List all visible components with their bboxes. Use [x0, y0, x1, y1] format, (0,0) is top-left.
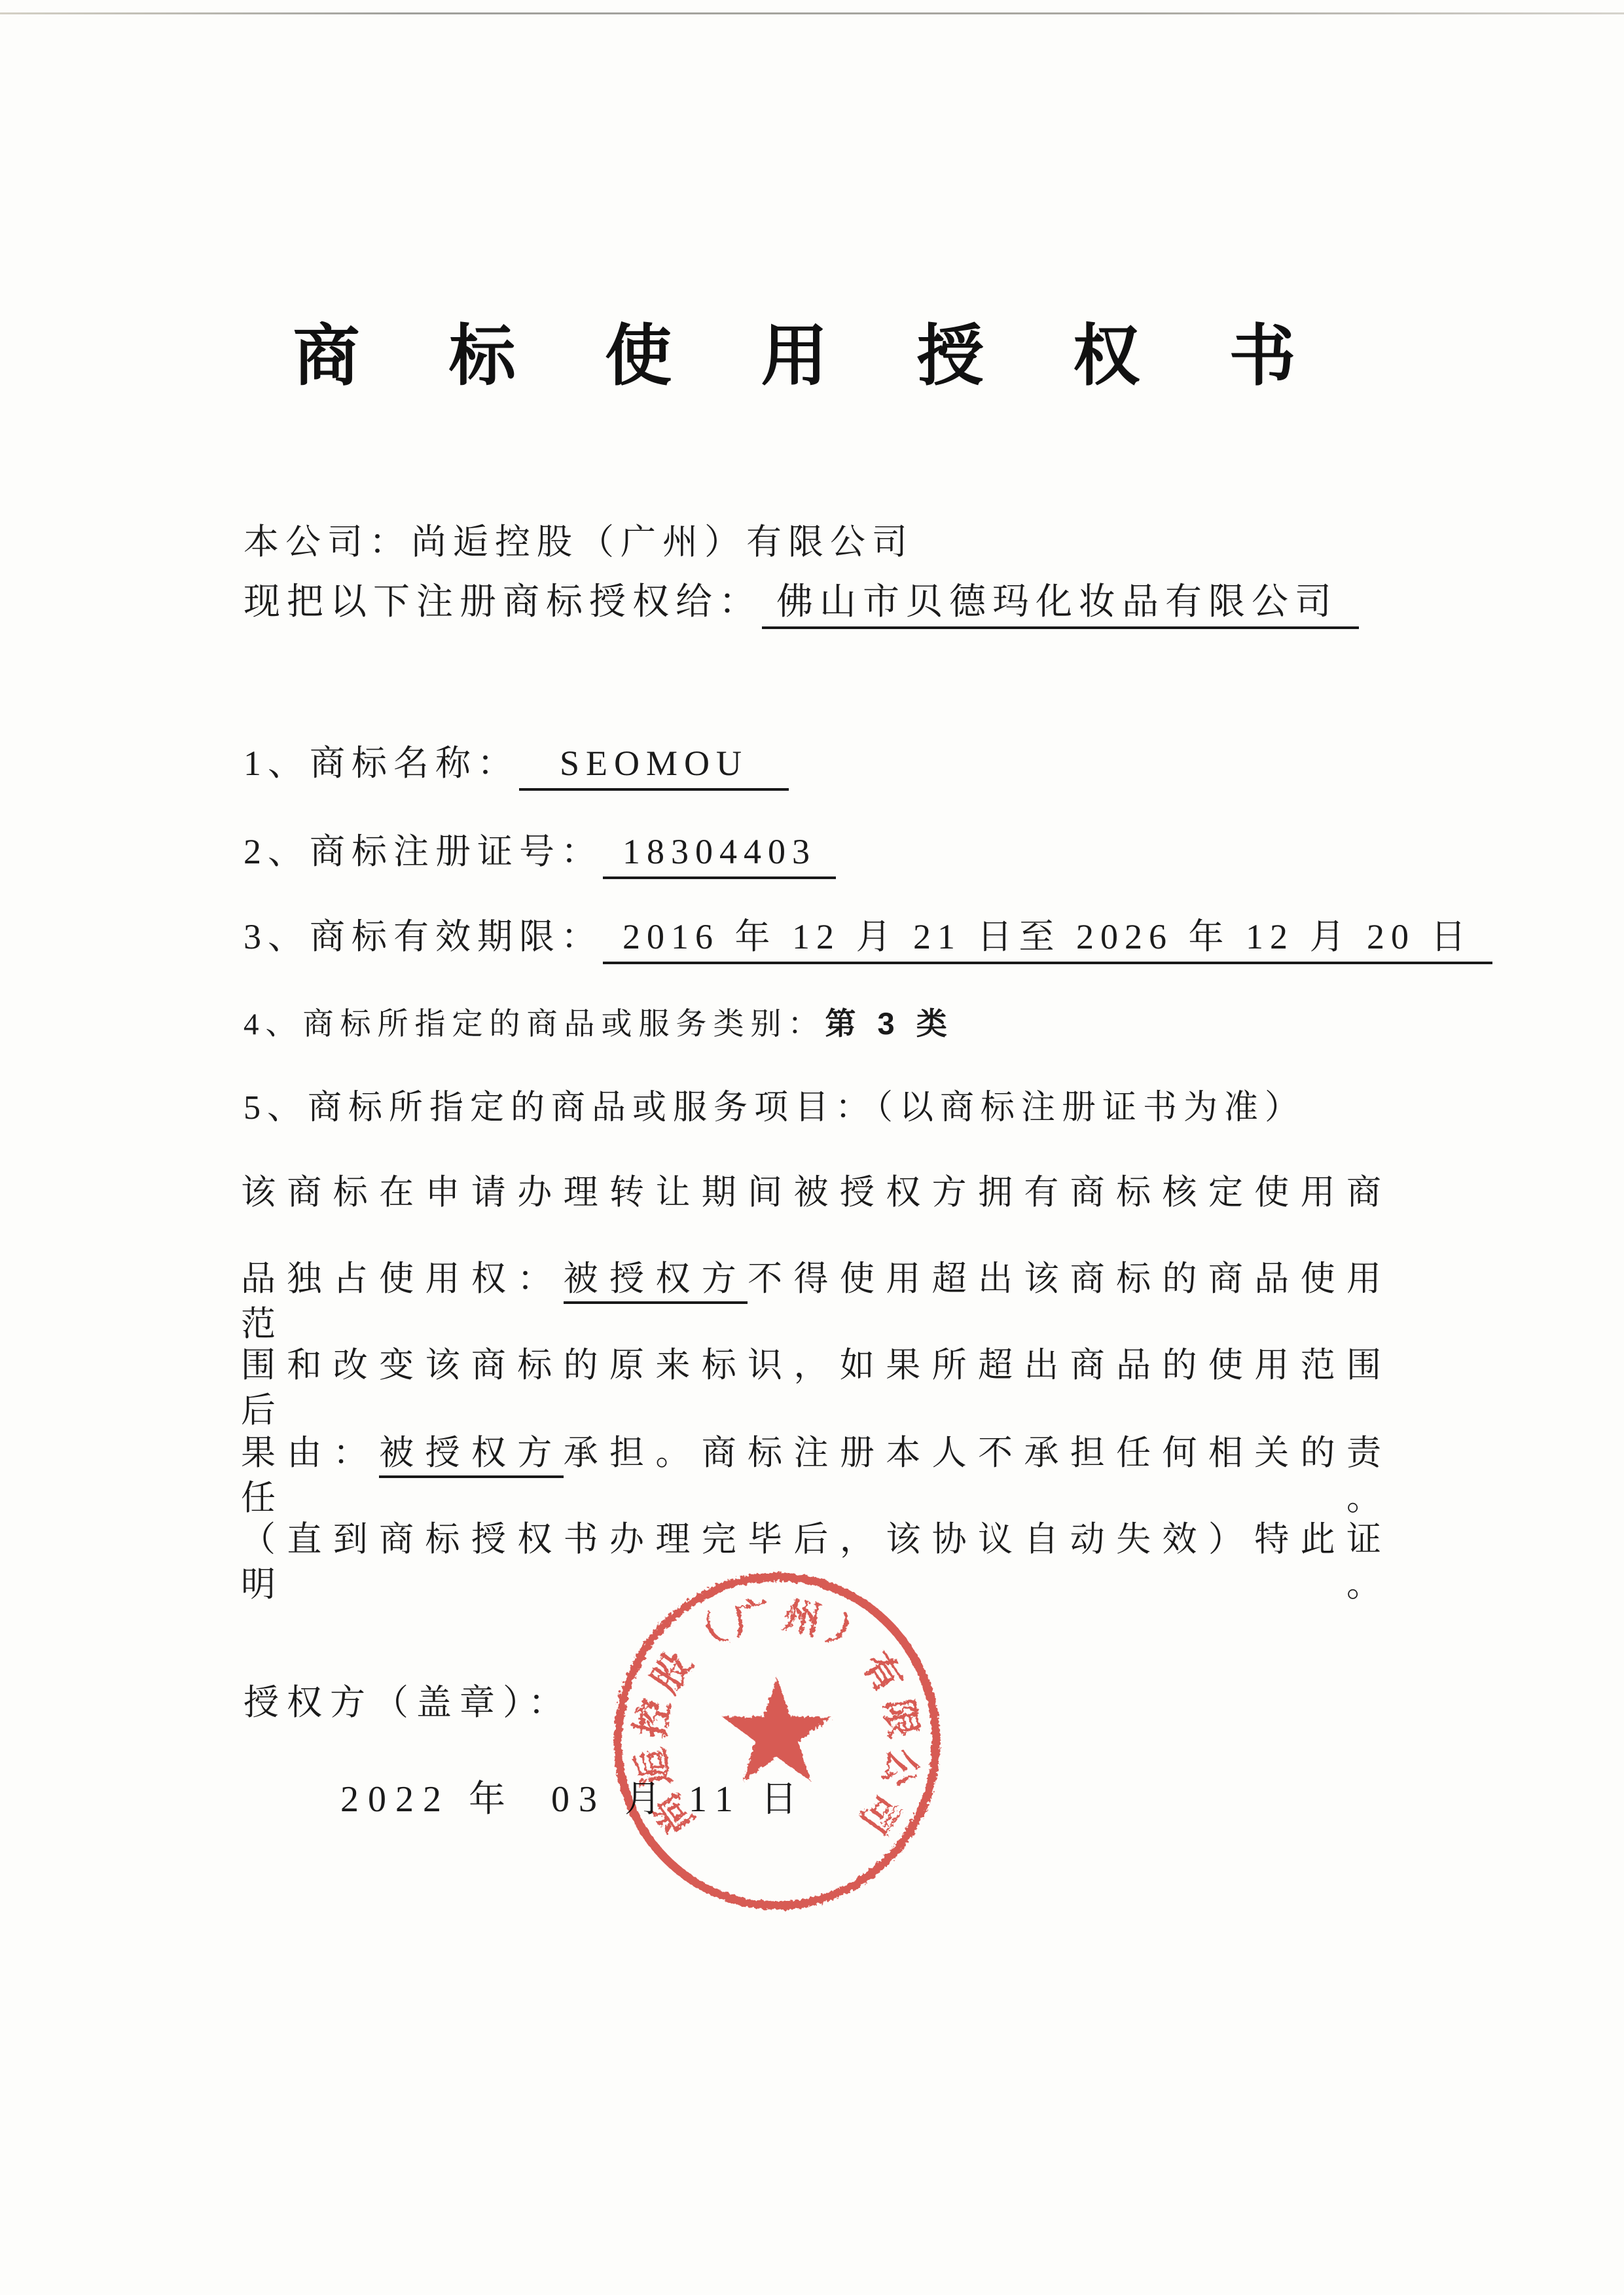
body-line-4: 果由：被授权方承担。商标注册本人不承担任何相关的责任。 — [241, 1431, 1392, 1521]
page-title: 商 标 使 用 授 权 书 — [0, 319, 1624, 393]
item-validity-period-label: 3、商标有效期限： — [244, 917, 603, 956]
document-page: 商 标 使 用 授 权 书 本公司：尚逅控股（广州）有限公司 现把以下注册商标授… — [0, 0, 1624, 2295]
svg-text:限: 限 — [876, 1696, 925, 1741]
body-text-underlined: 被授权方 — [379, 1434, 564, 1478]
svg-text:州: 州 — [779, 1593, 825, 1642]
body-line-3: 围和改变该商标的原来标识，如果所超出商品的使用范围后 — [241, 1343, 1392, 1434]
svg-text:（: （ — [679, 1609, 734, 1665]
svg-text:司: 司 — [852, 1786, 909, 1841]
item-registration-number-value: 18304403 — [603, 832, 836, 879]
item-validity-period: 3、商标有效期限：2016 年 12 月 21 日至 2026 年 12 月 2… — [244, 915, 1396, 960]
intro-company-label: 本公司： — [244, 522, 411, 562]
svg-text:逅: 逅 — [629, 1745, 679, 1792]
item-goods-services: 5、商标所指定的商品或服务项目：（以商标注册证书为准） — [244, 1087, 1396, 1129]
item-goods-services-value: （以商标注册证书为准） — [876, 1089, 1305, 1127]
svg-text:控: 控 — [629, 1696, 677, 1741]
svg-text:尚: 尚 — [645, 1786, 702, 1841]
body-text: 品独占使用权： — [241, 1260, 564, 1298]
svg-text:）: ） — [820, 1609, 875, 1665]
body-line-2: 品独占使用权：被授权方不得使用超出该商标的商品使用范 — [241, 1257, 1392, 1347]
body-text-underlined: 被授权方 — [564, 1260, 748, 1304]
svg-text:有: 有 — [854, 1645, 911, 1700]
company-seal-stamp: 尚逅控股（广州）有限公司 — [590, 1550, 964, 1932]
item-trademark-name-label: 1、商标名称： — [244, 744, 519, 783]
item-goods-class-value: 第 3 类 — [825, 1006, 954, 1041]
item-goods-services-label: 5、商标所指定的商品或服务项目： — [244, 1089, 876, 1127]
item-validity-period-value: 2016 年 12 月 21 日至 2026 年 12 月 20 日 — [603, 917, 1492, 964]
item-trademark-name: 1、商标名称：SEOMOU — [244, 742, 1396, 786]
item-goods-class-label: 4、商标所指定的商品或服务类别： — [244, 1007, 825, 1041]
intro-company-value: 尚逅控股（广州）有限公司 — [411, 522, 914, 562]
body-text: 果由： — [241, 1434, 379, 1472]
body-line-1: 该商标在申请办理转让期间被授权方拥有商标核定使用商 — [241, 1170, 1392, 1216]
svg-text:广: 广 — [729, 1593, 775, 1642]
scan-artifact-line — [0, 12, 1624, 14]
intro-line-company: 本公司：尚逅控股（广州）有限公司 — [244, 520, 1396, 565]
item-goods-class: 4、商标所指定的商品或服务类别：第 3 类 — [244, 1005, 1396, 1044]
svg-text:公: 公 — [875, 1745, 925, 1792]
body-text: 围和改变该商标的原来标识，如果所超出商品的使用范围后 — [241, 1346, 1392, 1430]
item-trademark-name-value: SEOMOU — [519, 744, 789, 791]
seal-star-icon — [722, 1677, 831, 1781]
item-registration-number-label: 2、商标注册证号： — [244, 832, 603, 871]
item-registration-number: 2、商标注册证号：18304403 — [244, 830, 1396, 875]
svg-text:股: 股 — [643, 1645, 700, 1700]
intro-grantee-label: 现把以下注册商标授权给： — [244, 582, 762, 623]
intro-grantee-value-underlined: 佛山市贝德玛化妆品有限公司 — [762, 582, 1359, 629]
body-text: 该商标在申请办理转让期间被授权方拥有商标核定使用商 — [241, 1174, 1392, 1212]
intro-line-grantee: 现把以下注册商标授权给：佛山市贝德玛化妆品有限公司 — [244, 579, 1396, 625]
